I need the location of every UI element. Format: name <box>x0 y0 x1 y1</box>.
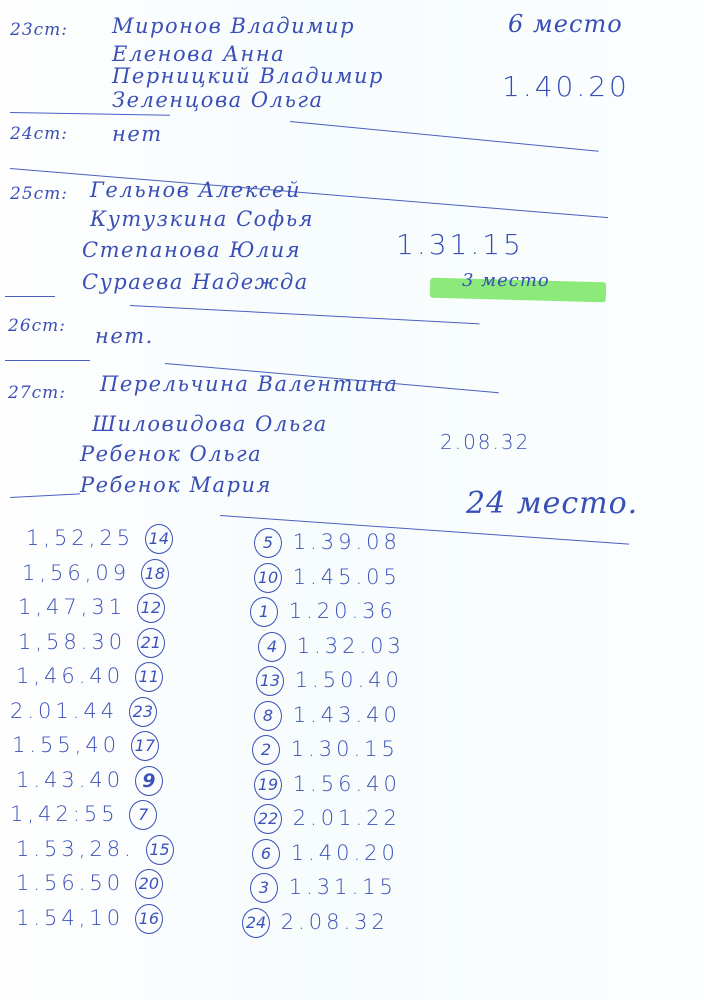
place-label: 24 место. <box>466 486 638 521</box>
result-time: 1,58.30 <box>18 630 126 654</box>
rank-circle: 22 <box>254 804 282 834</box>
member-name: Миронов Владимир <box>112 14 355 38</box>
result-row: 4 1.32.03 <box>258 632 405 662</box>
divider-line <box>5 360 90 361</box>
result-row: 1,52,25 14 <box>26 524 173 554</box>
stage-label: 25ст: <box>10 184 68 204</box>
result-row: 5 1.39.08 <box>254 528 401 558</box>
rank-circle: 14 <box>145 524 173 554</box>
result-row: 3 1.31.15 <box>250 873 397 903</box>
result-row: 19 1.56.40 <box>254 770 401 800</box>
divider-line <box>10 112 170 116</box>
result-time: 1.56.40 <box>293 772 401 796</box>
result-row: 6 1.40.20 <box>252 839 399 869</box>
result-row: 1,58.30 21 <box>18 628 165 658</box>
rank-circle: 20 <box>135 869 163 899</box>
rank-circle: 6 <box>252 839 280 869</box>
place-label: 3 место <box>462 270 550 291</box>
stage-label: 24ст: <box>10 124 68 144</box>
result-time: 1.30.15 <box>291 737 399 761</box>
result-time: 1.50.40 <box>295 668 403 692</box>
result-row: 1 1.20.36 <box>250 597 397 627</box>
rank-circle: 15 <box>146 835 174 865</box>
result-row: 1,56,09 18 <box>22 559 169 589</box>
scanned-page: 23ст: Миронов Владимир Еленова Анна Перн… <box>0 0 704 1000</box>
result-time: 1,52,25 <box>26 526 134 550</box>
member-name: Кутузкина Софья <box>90 207 314 231</box>
result-time: 1.53,28. <box>16 837 135 861</box>
member-name: Степанова Юлия <box>82 238 301 262</box>
team-time: 2.08.32 <box>440 430 530 454</box>
rank-circle: 4 <box>258 632 286 662</box>
result-time: 1,42:55 <box>10 802 119 826</box>
rank-circle: 3 <box>250 873 278 903</box>
rank-circle: 5 <box>254 528 282 558</box>
result-row: 2.01.44 23 <box>10 697 157 727</box>
result-row: 1,47,31 12 <box>18 593 165 623</box>
rank-circle: 8 <box>254 701 282 731</box>
result-time: 1.20.36 <box>289 599 397 623</box>
result-row: 2 1.30.15 <box>252 735 399 765</box>
rank-circle: 12 <box>137 593 165 623</box>
result-row: 24 2.08.32 <box>242 908 389 938</box>
rank-circle: 13 <box>256 666 284 696</box>
result-row: 1,42:55 7 <box>10 800 157 830</box>
stage-label: 26ст: <box>8 316 66 336</box>
member-name: Ребенок Мария <box>80 473 272 497</box>
team-time: 1.31.15 <box>396 228 524 261</box>
rank-circle: 19 <box>254 770 282 800</box>
result-time: 2.01.44 <box>10 699 118 723</box>
member-name: Еленова Анна <box>112 42 285 66</box>
rank-circle: 9 <box>135 766 163 796</box>
rank-circle: 7 <box>129 800 157 830</box>
rank-circle: 10 <box>254 563 282 593</box>
member-name: Перницкий Владимир <box>112 64 384 88</box>
member-name: Шиловидова Ольга <box>92 412 328 436</box>
result-time: 1.40.20 <box>291 841 399 865</box>
result-time: 1.43.40 <box>293 703 401 727</box>
result-row: 1.55,40 17 <box>12 731 159 761</box>
result-time: 1.32.03 <box>297 634 405 658</box>
result-time: 1.43.40 <box>16 768 124 792</box>
result-row: 1,46.40 11 <box>16 662 163 692</box>
result-time: 1.31.15 <box>289 875 397 899</box>
rank-circle: 2 <box>252 735 280 765</box>
rank-circle: 18 <box>141 559 169 589</box>
result-row: 1.53,28. 15 <box>16 835 174 865</box>
result-row: 10 1.45.05 <box>254 563 401 593</box>
rank-circle: 17 <box>131 731 159 761</box>
result-time: 1.55,40 <box>12 733 120 757</box>
member-name: Ребенок Ольга <box>80 442 262 466</box>
result-row: 1.54,10 16 <box>16 904 163 934</box>
result-time: 1.54,10 <box>16 906 124 930</box>
member-name: Гельнов Алексей <box>90 178 301 202</box>
rank-circle: 11 <box>135 662 163 692</box>
result-time: 1.39.08 <box>293 530 401 554</box>
divider-line <box>10 493 80 498</box>
result-time: 1.56.50 <box>16 871 124 895</box>
stage-label: 23ст: <box>10 20 68 40</box>
result-time: 2.08.32 <box>281 910 389 934</box>
result-row: 1.43.40 9 <box>16 766 163 796</box>
result-time: 2.01.22 <box>293 806 401 830</box>
member-name: нет. <box>95 324 154 348</box>
result-time: 1.45.05 <box>293 565 401 589</box>
result-row: 1.56.50 20 <box>16 869 163 899</box>
divider-line <box>5 296 55 297</box>
rank-circle: 24 <box>242 908 270 938</box>
result-time: 1,46.40 <box>16 664 124 688</box>
member-name: нет <box>112 122 163 146</box>
result-time: 1,56,09 <box>22 561 130 585</box>
stage-label: 27ст: <box>8 383 66 403</box>
member-name: Зеленцова Ольга <box>112 88 324 112</box>
result-time: 1,47,31 <box>18 595 126 619</box>
place-label: 6 место <box>508 10 623 38</box>
divider-line <box>290 121 599 152</box>
rank-circle: 1 <box>250 597 278 627</box>
result-row: 13 1.50.40 <box>256 666 403 696</box>
team-time: 1.40.20 <box>502 70 630 103</box>
rank-circle: 16 <box>135 904 163 934</box>
divider-line <box>130 305 480 324</box>
rank-circle: 23 <box>129 697 157 727</box>
rank-circle: 21 <box>137 628 165 658</box>
member-name: Перельчина Валентина <box>100 372 398 396</box>
member-name: Сураева Надежда <box>82 270 309 294</box>
result-row: 8 1.43.40 <box>254 701 401 731</box>
result-row: 22 2.01.22 <box>254 804 401 834</box>
